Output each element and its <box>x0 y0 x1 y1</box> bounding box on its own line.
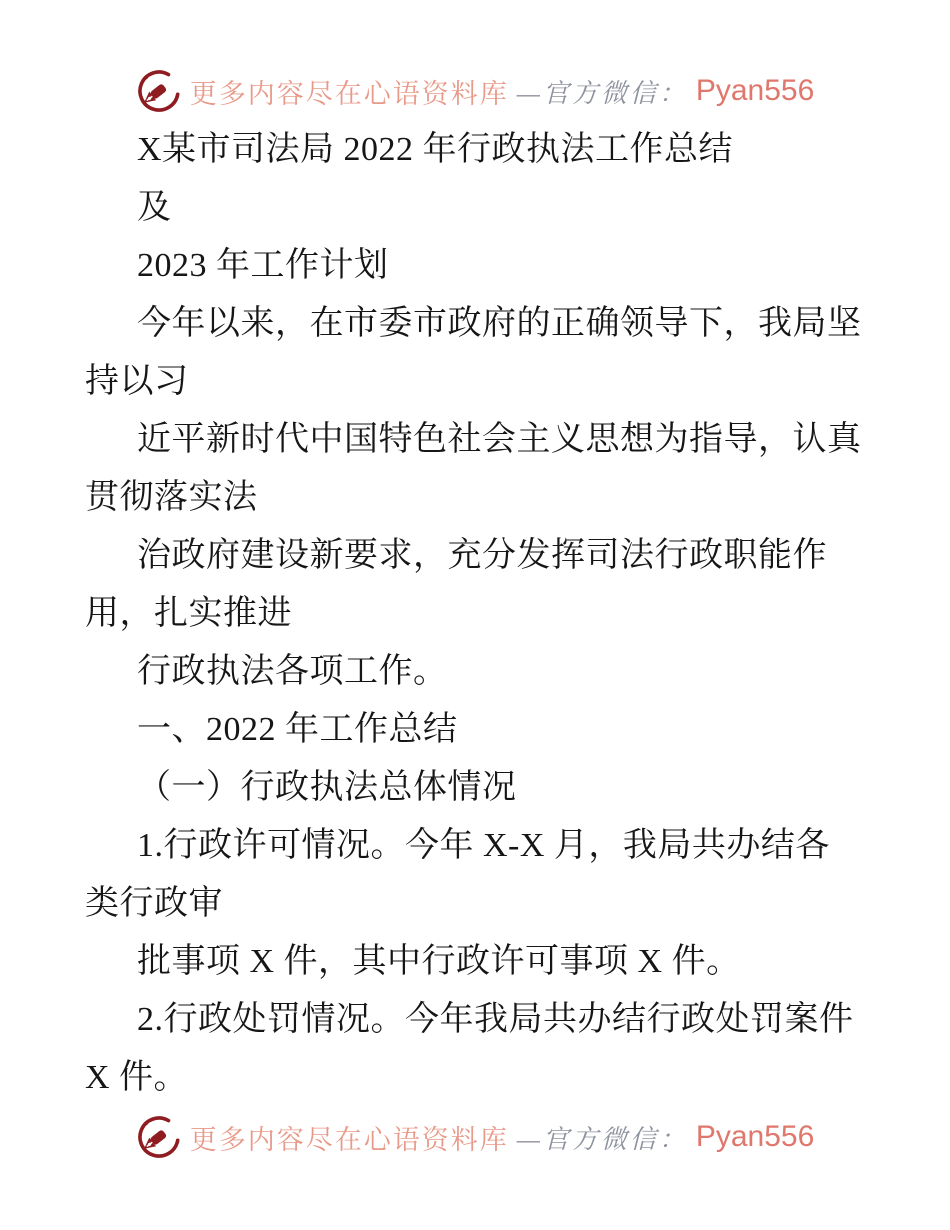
doc-line: 类行政审 <box>85 875 890 933</box>
doc-line: 2.行政处罚情况。今年我局共办结行政处罚案件 <box>85 991 890 1049</box>
doc-line: 近平新时代中国特色社会主义思想为指导，认真 <box>85 411 890 469</box>
watermark-site-text: 更多内容尽在心语资料库 <box>190 72 509 111</box>
header-watermark: 更多内容尽在心语资料库—官方微信：Pyan556 <box>0 66 950 116</box>
watermark-wechat-label: —官方微信： <box>517 73 688 110</box>
doc-line: 用，扎实推进 <box>85 585 890 643</box>
doc-title-line: 及 <box>85 179 890 237</box>
watermark-wechat-id: Pyan556 <box>696 74 814 108</box>
doc-section-heading: 一、2022 年工作总结 <box>85 701 890 759</box>
doc-title-line: 2023 年工作计划 <box>85 237 890 295</box>
brand-pen-logo-icon <box>136 68 182 114</box>
watermark-site-text: 更多内容尽在心语资料库 <box>190 1118 509 1157</box>
doc-line: 贯彻落实法 <box>85 469 890 527</box>
doc-line: 今年以来，在市委市政府的正确领导下，我局坚 <box>85 295 890 353</box>
doc-line: X 件。 <box>85 1049 890 1107</box>
brand-pen-logo-icon <box>136 1114 182 1160</box>
document-body: X某市司法局 2022 年行政执法工作总结 及 2023 年工作计划 今年以来，… <box>85 121 890 1107</box>
doc-line: 持以习 <box>85 353 890 411</box>
doc-line: 行政执法各项工作。 <box>85 643 890 701</box>
doc-line: 批事项 X 件，其中行政许可事项 X 件。 <box>85 933 890 991</box>
footer-watermark: 更多内容尽在心语资料库—官方微信：Pyan556 <box>0 1112 950 1162</box>
doc-subsection-heading: （一）行政执法总体情况 <box>85 759 890 817</box>
doc-line: 1.行政许可情况。今年 X-X 月，我局共办结各 <box>85 817 890 875</box>
document-page: 更多内容尽在心语资料库—官方微信：Pyan556 X某市司法局 2022 年行政… <box>0 0 950 1230</box>
watermark-wechat-label: —官方微信： <box>517 1119 688 1156</box>
watermark-wechat-id: Pyan556 <box>696 1120 814 1154</box>
doc-title-line: X某市司法局 2022 年行政执法工作总结 <box>85 121 890 179</box>
doc-line: 治政府建设新要求，充分发挥司法行政职能作 <box>85 527 890 585</box>
